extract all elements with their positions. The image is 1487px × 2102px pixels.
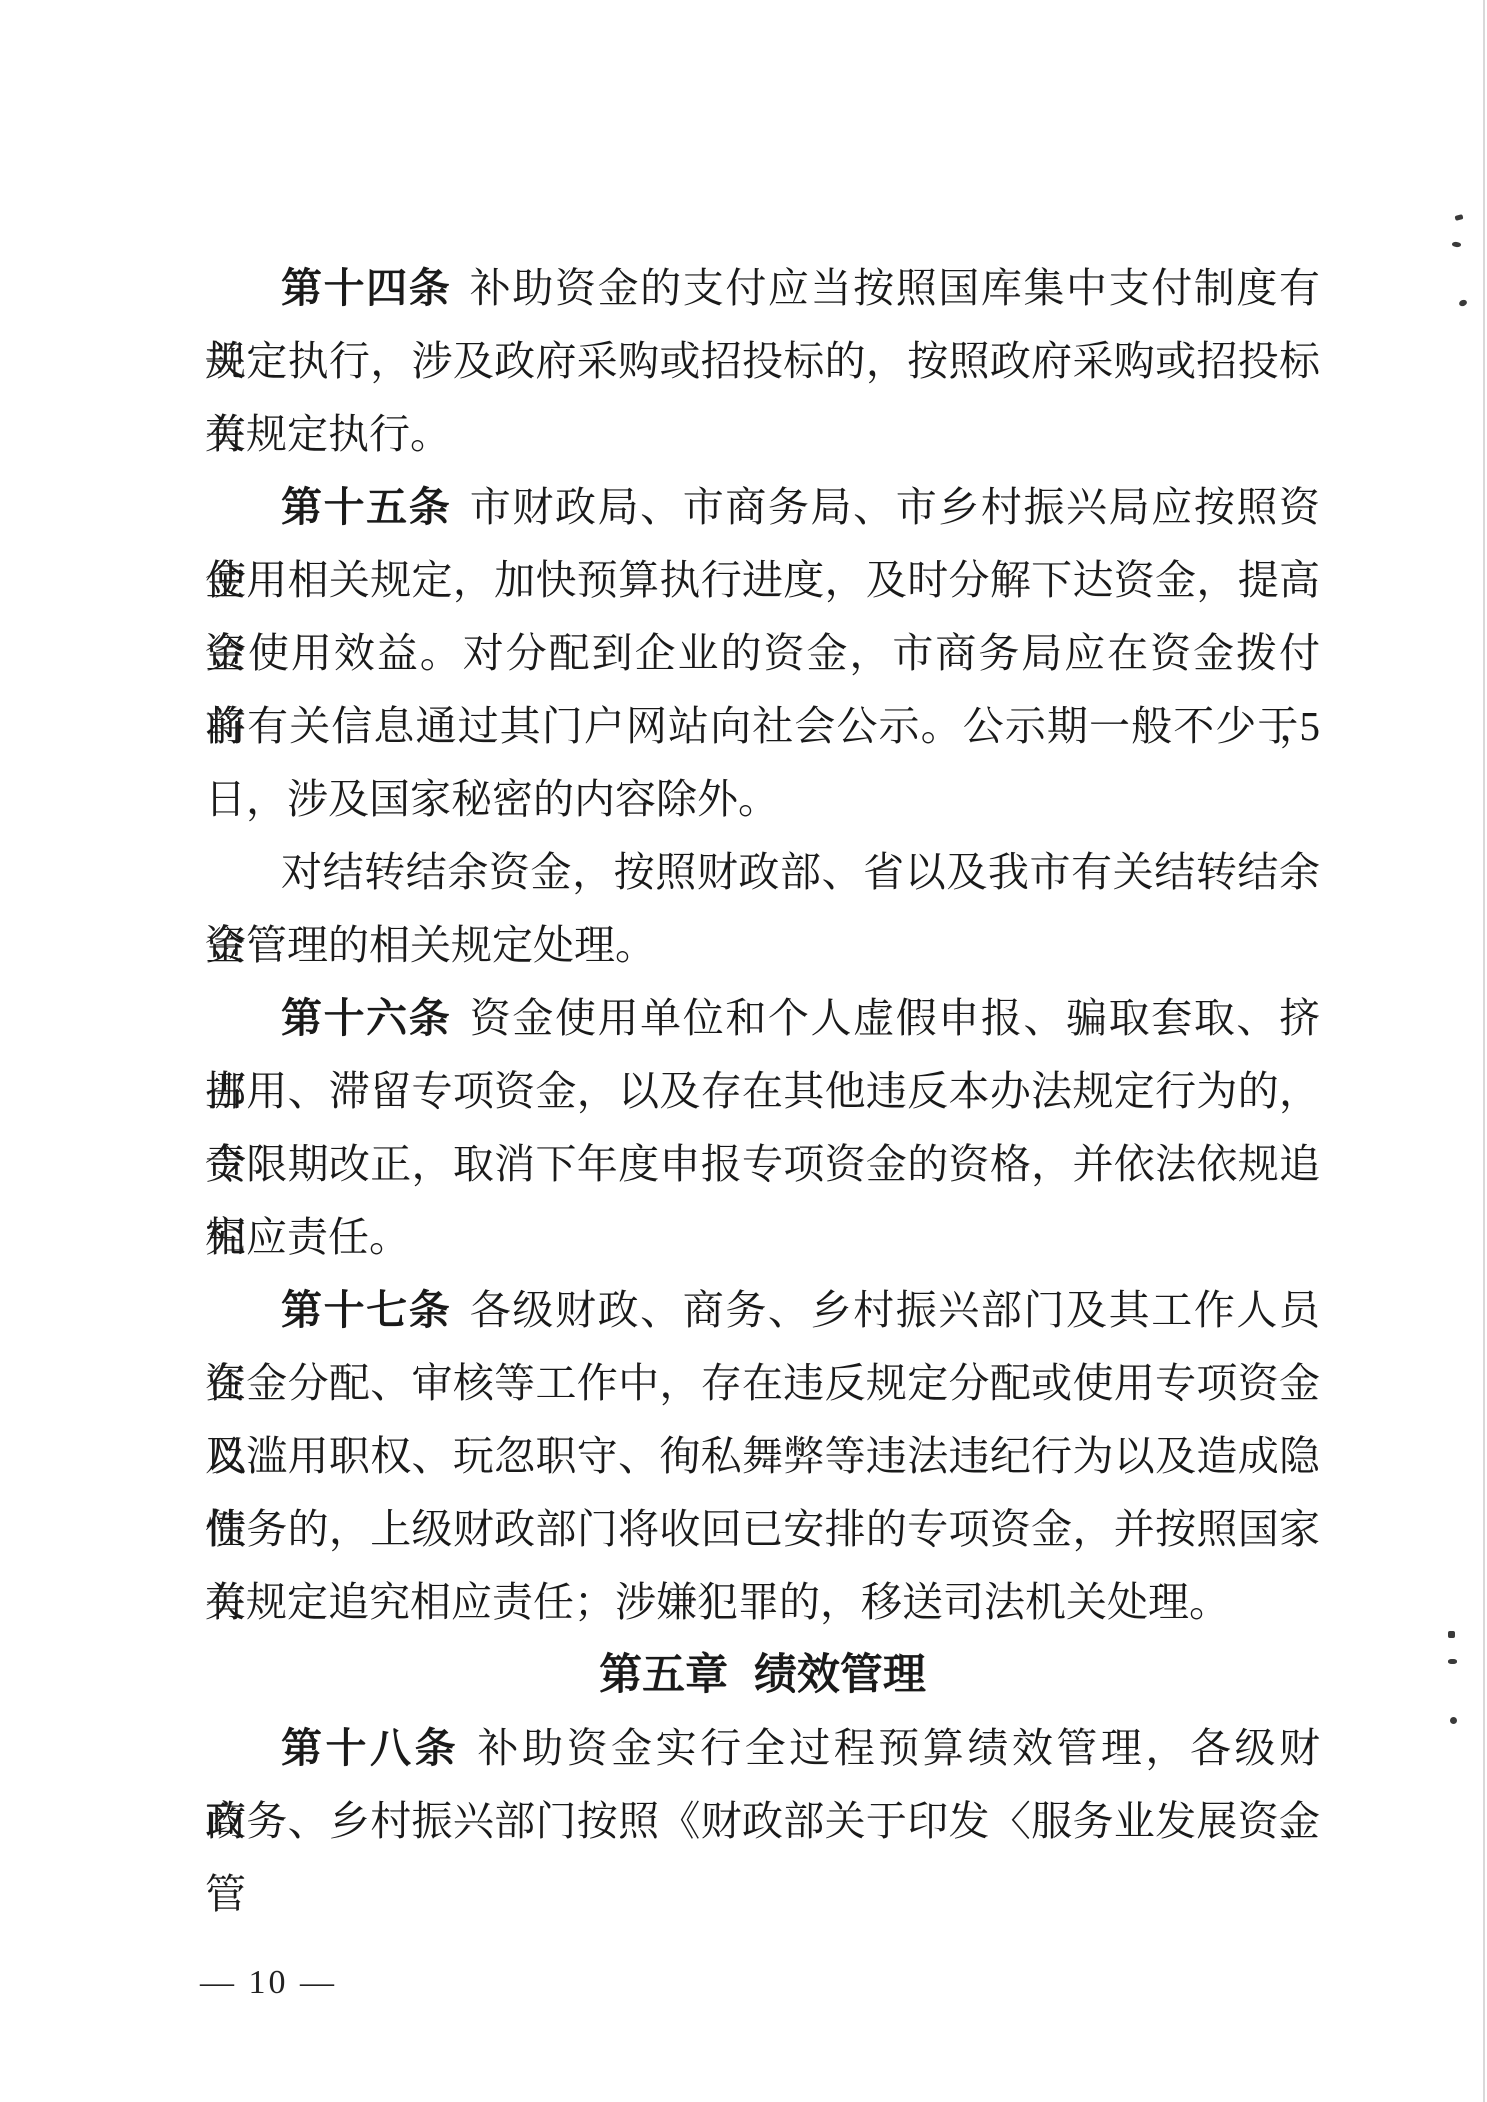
article-number: 第十七条: [281, 1287, 451, 1333]
text-line: 第十四条补助资金的支付应当按照国库集中支付制度有关: [205, 252, 1320, 325]
page-number: — 10 —: [200, 1958, 337, 2008]
text-line: 挪用、滞留专项资金，以及存在其他违反本办法规定行为的，责: [205, 1055, 1320, 1128]
scan-artifact: [1450, 1717, 1457, 1724]
text-line: 第十五条市财政局、市商务局、市乡村振兴局应按照资金: [205, 471, 1320, 544]
text-line: 金使用效益。对分配到企业的资金，市商务局应在资金拨付前，: [205, 617, 1320, 690]
text-line: 规定执行，涉及政府采购或招投标的，按照政府采购或招投标有: [205, 325, 1320, 398]
text-line: 关规定执行。: [205, 398, 1320, 471]
text-line: 第十六条资金使用单位和个人虚假申报、骗取套取、挤占: [205, 982, 1320, 1055]
text-line: 将有关信息通过其门户网站向社会公示。公示期一般不少于5: [205, 690, 1320, 763]
text-line: 使用相关规定，加快预算执行进度，及时分解下达资金，提高资: [205, 544, 1320, 617]
chapter-number: 第五章: [599, 1652, 728, 1699]
text-line: 商务、乡村振兴部门按照《财政部关于印发〈服务业发展资金管: [205, 1785, 1320, 1858]
text-line: 债务的，上级财政部门将收回已安排的专项资金，并按照国家有: [205, 1493, 1320, 1566]
scan-artifact: [1452, 241, 1462, 247]
text-line: 第十八条补助资金实行全过程预算绩效管理，各级财政、: [205, 1712, 1320, 1785]
scan-artifact: [1448, 1631, 1455, 1638]
article-number: 第十四条: [281, 265, 451, 311]
scan-artifact: [1458, 299, 1468, 307]
chapter-heading: 第五章绩效管理: [205, 1639, 1320, 1712]
scan-artifact: [1448, 1659, 1457, 1664]
article-number: 第十五条: [281, 484, 451, 530]
text-line: 第十七条各级财政、商务、乡村振兴部门及其工作人员在: [205, 1274, 1320, 1347]
article-number: 第十八条: [281, 1725, 459, 1771]
text-line: 相应责任。: [205, 1201, 1320, 1274]
scan-edge-line: [1483, 0, 1485, 2102]
document-page: 第十四条补助资金的支付应当按照国库集中支付制度有关规定执行，涉及政府采购或招投标…: [0, 0, 1487, 2102]
text-line: 日，涉及国家秘密的内容除外。: [205, 763, 1320, 836]
scan-artifact: [1454, 214, 1463, 221]
text-line: 关规定追究相应责任；涉嫌犯罪的，移送司法机关处理。: [205, 1566, 1320, 1639]
text-line: 令限期改正，取消下年度申报专项资金的资格，并依法依规追究: [205, 1128, 1320, 1201]
text-line: 资金分配、审核等工作中，存在违反规定分配或使用专项资金以: [205, 1347, 1320, 1420]
article-number: 第十六条: [281, 995, 451, 1041]
text-line: 对结转结余资金，按照财政部、省以及我市有关结转结余资: [205, 836, 1320, 909]
text-line: 金管理的相关规定处理。: [205, 909, 1320, 982]
text-block: 第十四条补助资金的支付应当按照国库集中支付制度有关规定执行，涉及政府采购或招投标…: [205, 252, 1320, 1858]
line-text: 绩效管理: [754, 1652, 926, 1699]
text-line: 及滥用职权、玩忽职守、徇私舞弊等违法违纪行为以及造成隐性: [205, 1420, 1320, 1493]
